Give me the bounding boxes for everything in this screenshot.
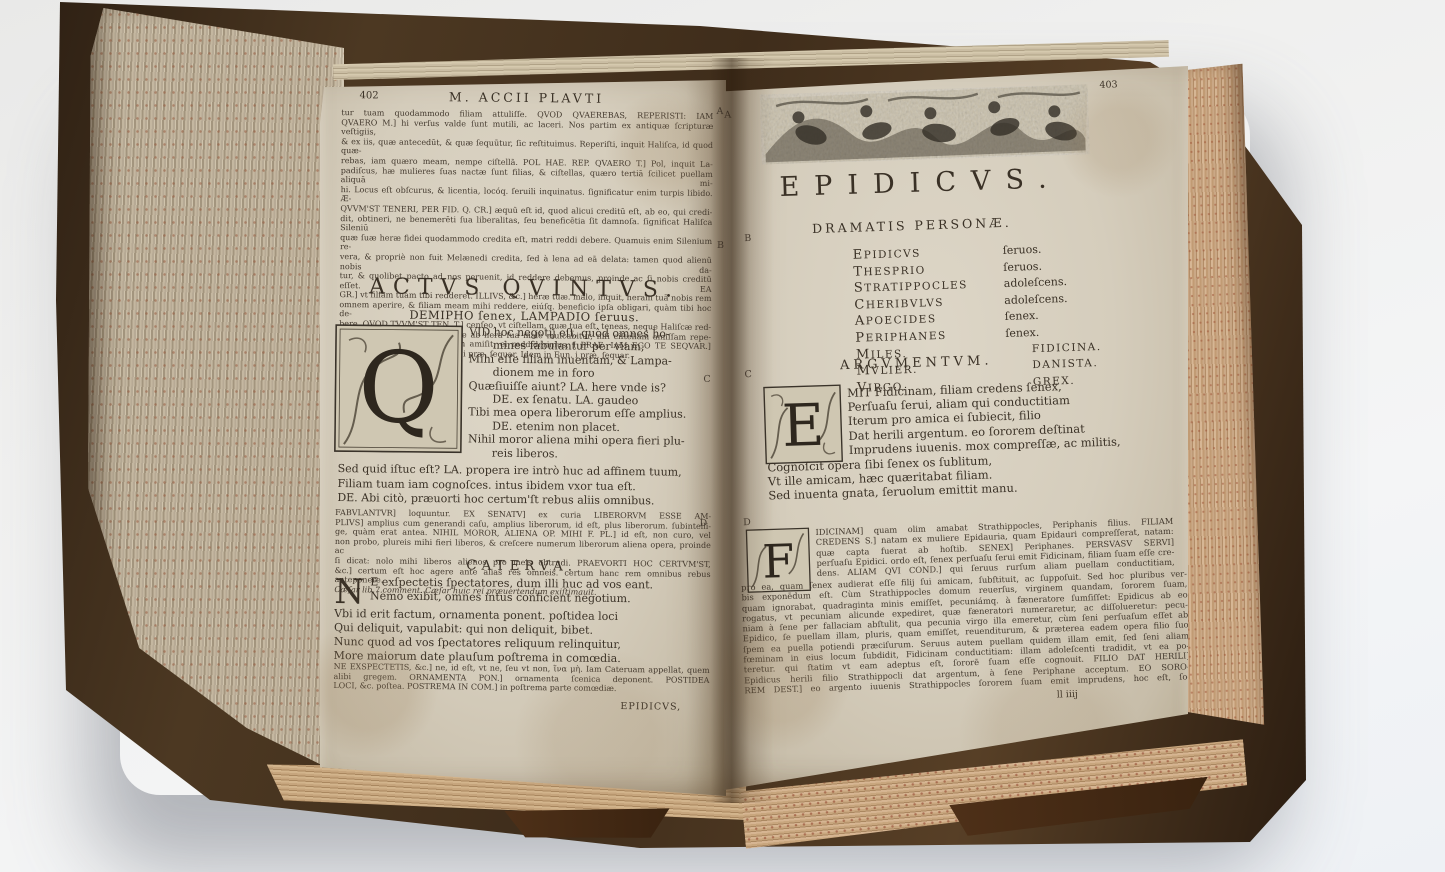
right-page: 403 A B C D xyxy=(724,66,1188,790)
svg-text:E: E xyxy=(781,391,825,460)
dramatis-heading: DRAMATIS PERSONÆ. xyxy=(720,212,1104,239)
verse-full-lines: Sed quid iſtuc eſt? LA. propera ire intr… xyxy=(337,462,719,510)
caterva-first-lines: E exſpectetis ſpectatores, dum illi huc … xyxy=(334,575,716,607)
margin-letter-d: D xyxy=(743,517,751,528)
margin-letter-b: B xyxy=(717,240,724,251)
play-title: EPIDICVS. xyxy=(728,162,1113,205)
character-role: adoleſcens. xyxy=(1004,291,1068,310)
signature-mark: ll iiij xyxy=(1057,689,1079,701)
character-role: adoleſcens. xyxy=(1004,274,1068,293)
character-role: ſeruos. xyxy=(1003,258,1042,276)
text-line: DE. Abi citò, præuorti hoc certum'ſt reb… xyxy=(337,491,719,510)
character-role: ſenex. xyxy=(1005,325,1039,343)
photo-scene: 402 M. ACCII PLAVTI A B C D tur tuam quo… xyxy=(0,0,1445,872)
drop-cap-q-woodcut: Q xyxy=(334,324,463,453)
act-heading: ACTVS QVINTVS. xyxy=(321,274,727,303)
drop-cap-e-woodcut: E xyxy=(763,384,843,464)
character-role: ſeruos. xyxy=(1003,242,1042,260)
left-page: 402 M. ACCII PLAVTI A B C D tur tuam quo… xyxy=(320,80,726,796)
dramatis-personae-list: EPIDICVSſeruos.THESPRIOſeruos.STRATIPPOC… xyxy=(853,240,1103,397)
character-role: ſenex. xyxy=(1005,308,1039,326)
svg-text:Q: Q xyxy=(358,331,440,446)
margin-letter-a: A xyxy=(716,106,723,117)
right-page-number: 403 xyxy=(1099,79,1117,91)
caterva-rest-lines: Vbi id erit factum, ornamenta ponent. po… xyxy=(334,607,717,667)
argumentum-first-lines: MIT Fidicinam, filiam credens ſenex,Perſ… xyxy=(847,376,1169,457)
margin-letter-a: A xyxy=(724,109,731,120)
text-line: Nemo exibit, omnes intus conficient nego… xyxy=(334,589,716,607)
text-line: reis liberos. xyxy=(492,446,716,462)
verse-beside-initial: VID hoc negotij eſt, quòd omnes ho-mines… xyxy=(468,325,717,462)
commentary-rest-lines: pro ea, quam ſenex audierat eſſe filij ſ… xyxy=(741,568,1190,695)
running-head: M. ACCII PLAVTI xyxy=(323,88,729,107)
catchword: EPIDICVS, xyxy=(620,701,681,713)
caterva-block: N E exſpectetis ſpectatores, dum illi hu… xyxy=(334,575,717,667)
commentary-first-lines: IDICINAM] quam olim amabat Strathippocle… xyxy=(815,516,1174,579)
leather-fragment xyxy=(504,805,670,843)
commentary-bottom-block: NE EXSPECTETIS, &c.] ne, id eſt, vt ne, … xyxy=(333,662,709,695)
drop-cap-n: N xyxy=(334,577,364,607)
headpiece-woodcut-icon xyxy=(758,82,1092,166)
